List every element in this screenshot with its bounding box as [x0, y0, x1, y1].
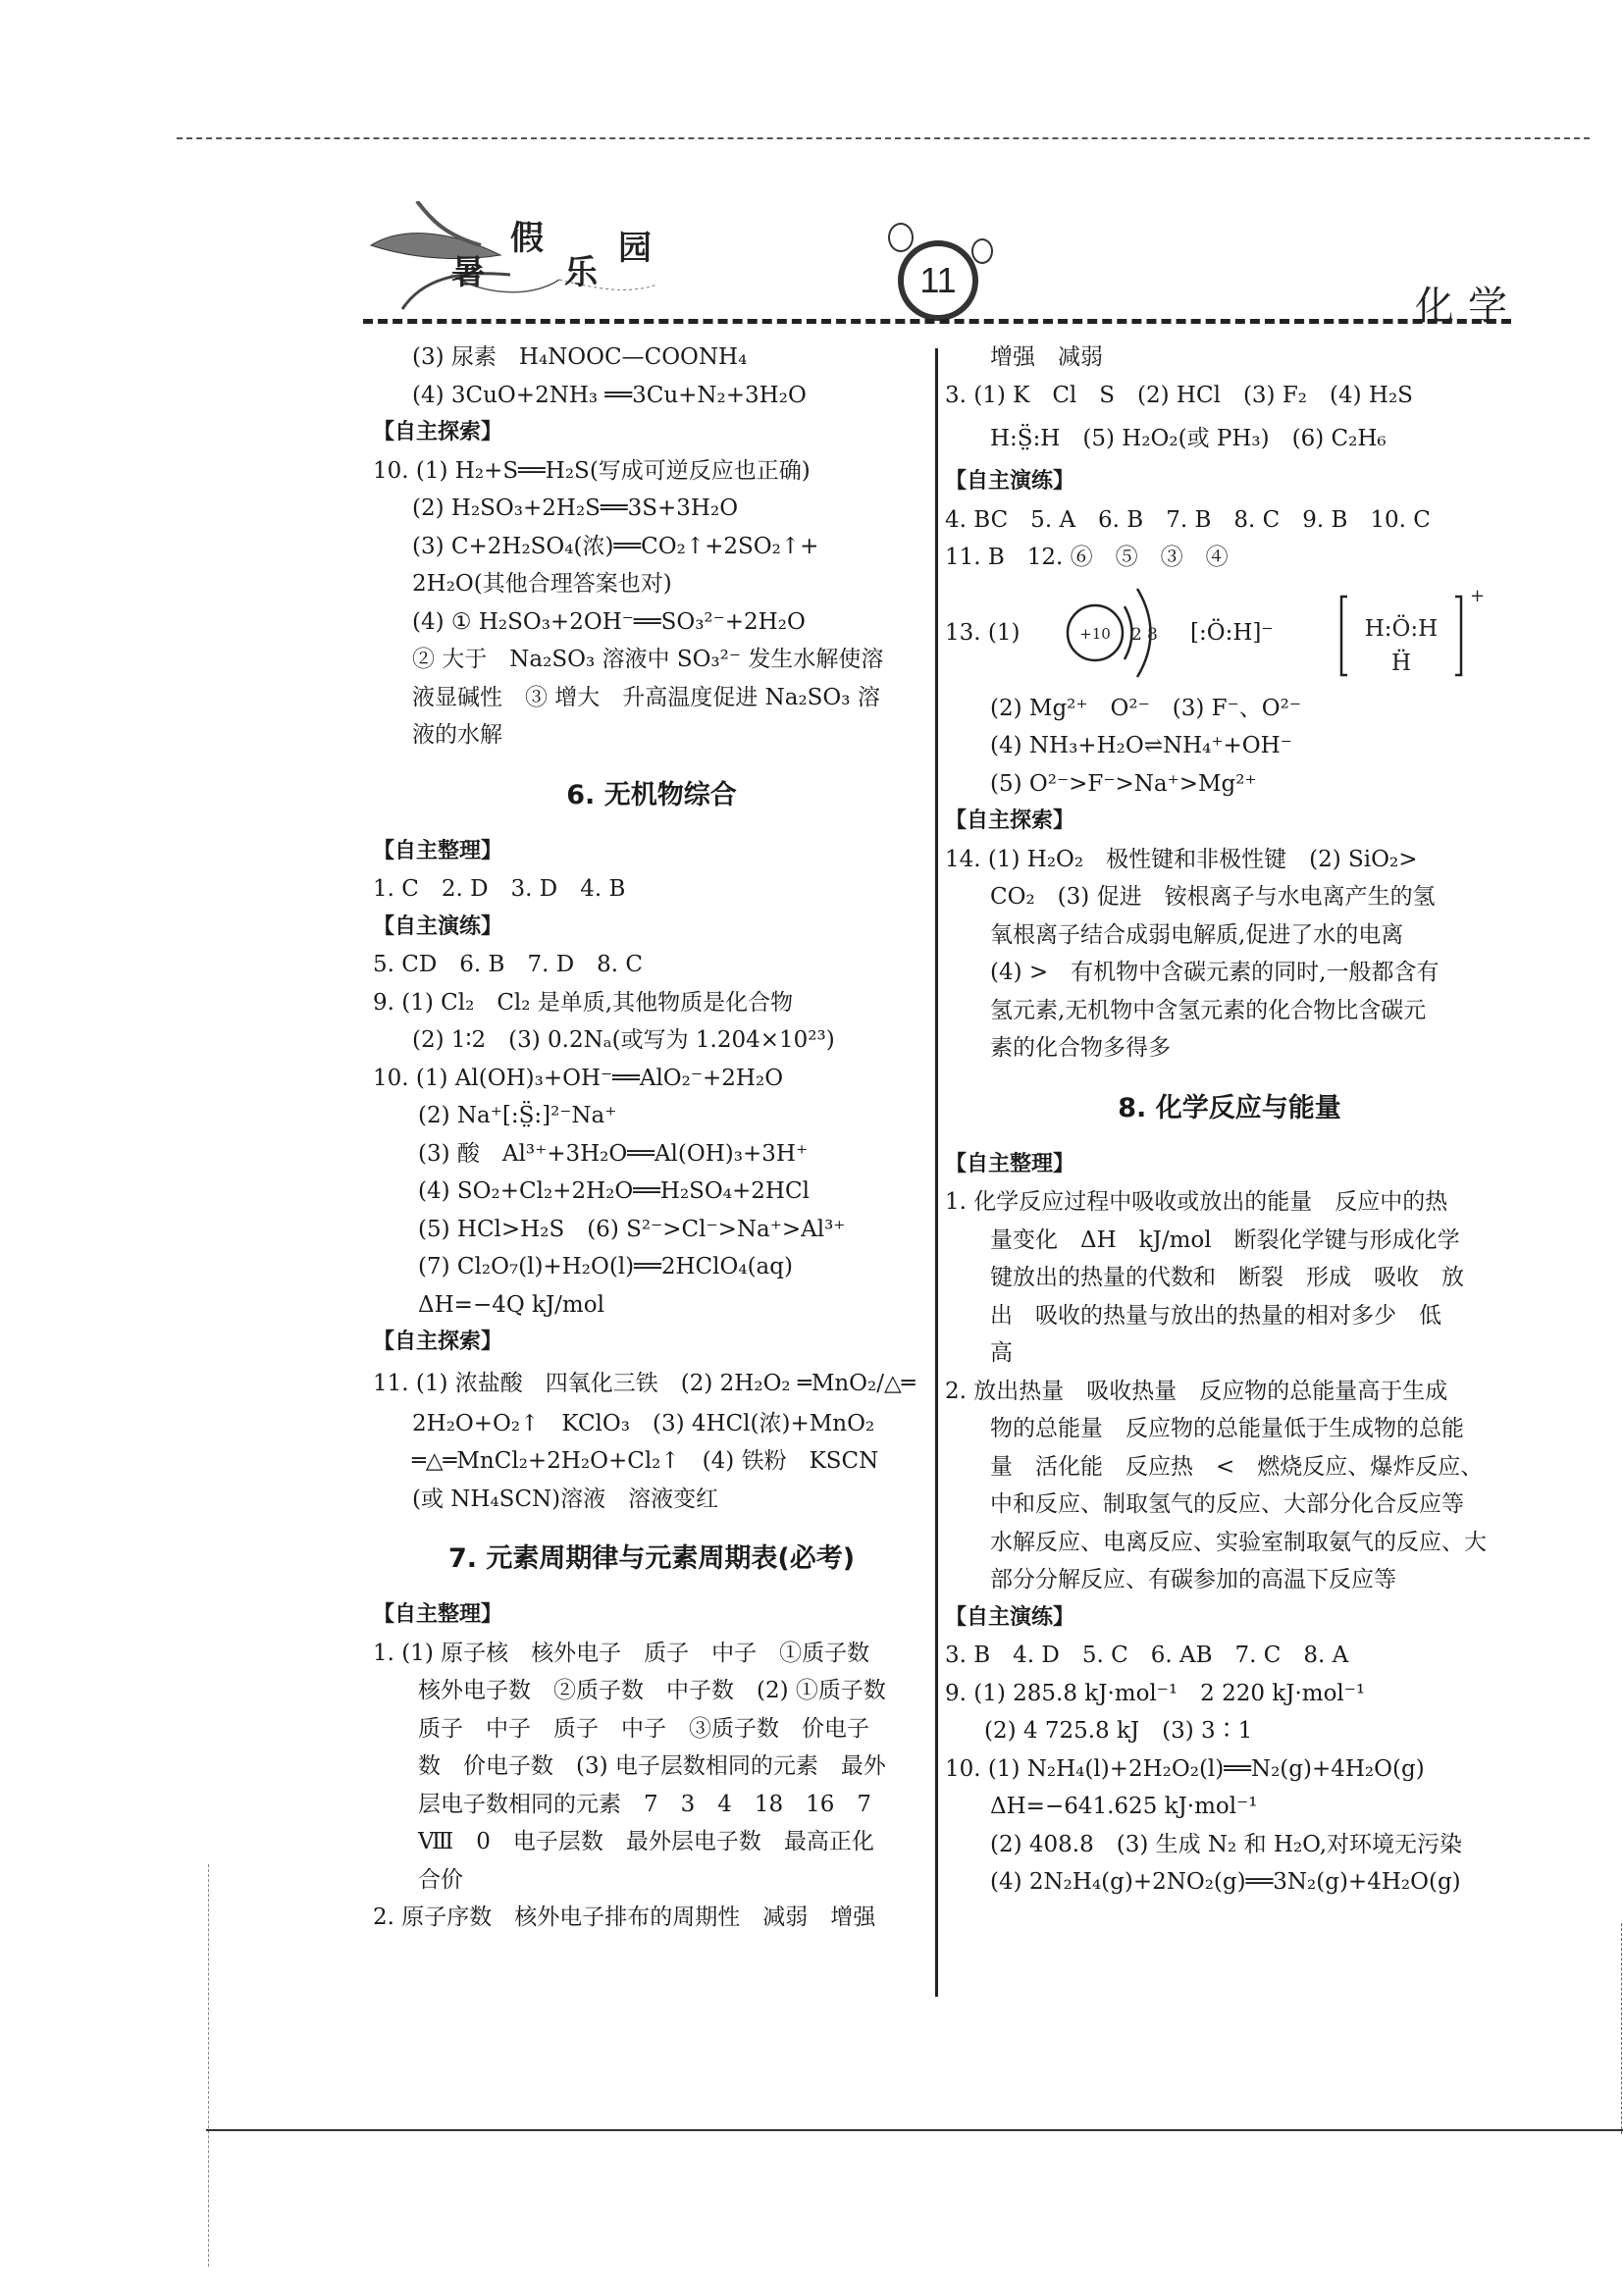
- answer-line: 氧根离子结合成弱电解质,促进了水的电离: [945, 916, 1514, 955]
- tag-practice: 【自主演练】: [945, 463, 1514, 501]
- neon-atom-structure-icon: +10 2 8: [1061, 577, 1178, 690]
- answer-line: ΔH=−4Q kJ/mol: [373, 1286, 930, 1325]
- answer-line: 2. 放出热量 吸收热量 反应物的总能量高于生成: [945, 1373, 1514, 1411]
- answer-line: 键放出的热量的代数和 断裂 形成 吸收 放: [945, 1259, 1514, 1297]
- answer-line: 11. (1) 浓盐酸 四氧化三铁 (2) 2H₂O₂ ═MnO₂/△═: [373, 1362, 930, 1405]
- answer-line: 层电子数相同的元素 7 3 4 18 16 7: [373, 1786, 930, 1824]
- answer-line: (2) 4 725.8 kJ (3) 3∶1: [945, 1712, 1514, 1750]
- tag-explore: 【自主探索】: [373, 1324, 930, 1362]
- answer-line: (2) Na⁺[:S̤̈:]²⁻Na⁺: [373, 1097, 930, 1135]
- answer-line: 数 价电子数 (3) 电子层数相同的元素 最外: [373, 1748, 930, 1786]
- answer-line: (4) ① H₂SO₃+2OH⁻══SO₃²⁻+2H₂O: [373, 603, 930, 642]
- answer-line: 9. (1) Cl₂ Cl₂ 是单质,其他物质是化合物: [373, 984, 930, 1022]
- svg-text:2: 2: [1131, 625, 1142, 645]
- answer-line: 合价: [373, 1861, 930, 1900]
- answer-line: Ⅷ 0 电子层数 最外层电子数 最高正化: [373, 1823, 930, 1861]
- logo-char-3: 乐: [564, 245, 598, 293]
- answer-line: 10. (1) H₂+S══H₂S(写成可逆反应也正确): [373, 452, 930, 491]
- answer-line: (2) 1∶2 (3) 0.2Nₐ(或写为 1.204×10²³): [373, 1021, 930, 1060]
- answer-line: (4) 3CuO+2NH₃ ══3Cu+N₂+3H₂O: [373, 377, 930, 415]
- tag-organize: 【自主整理】: [945, 1146, 1514, 1184]
- answer-line: 增强 减弱: [945, 339, 1514, 377]
- answer-line: 2H₂O+O₂↑ KClO₃ (3) 4HCl(浓)+MnO₂: [373, 1405, 930, 1443]
- answer-line: (4) > 有机物中含碳元素的同时,一般都含有: [945, 954, 1514, 992]
- answer-line: (5) O²⁻>F⁻>Na⁺>Mg²⁺: [945, 765, 1514, 804]
- page-bottom-rule: [206, 2129, 1623, 2131]
- answer-line: (2) H₂SO₃+2H₂S══3S+3H₂O: [373, 490, 930, 528]
- answer-line: (2) Mg²⁺ O²⁻ (3) F⁻、O²⁻: [945, 690, 1514, 728]
- svg-text:+10: +10: [1079, 625, 1111, 643]
- answer-line: 水解反应、电离反应、实验室制取氨气的反应、大: [945, 1524, 1514, 1562]
- header-dashed-rule: [363, 319, 1511, 324]
- answer-line: 14. (1) H₂O₂ 极性键和非极性键 (2) SiO₂>: [945, 841, 1514, 879]
- answer-line: 1. (1) 原子核 核外电子 质子 中子 ①质子数: [373, 1635, 930, 1673]
- answer-line: 量变化 ΔH kJ/mol 断裂化学键与形成化学: [945, 1222, 1514, 1260]
- section-title-7: 7. 元素周期律与元素周期表(必考): [373, 1539, 930, 1579]
- answer-line: 核外电子数 ②质子数 中子数 (2) ①质子数: [373, 1672, 930, 1710]
- tag-practice: 【自主演练】: [945, 1599, 1514, 1638]
- answer-line: 液显碱性 ③ 增大 升高温度促进 Na₂SO₃ 溶: [373, 679, 930, 717]
- tag-organize: 【自主整理】: [373, 1596, 930, 1635]
- svg-text:Ḧ: Ḧ: [1391, 650, 1411, 676]
- logo-char-2: 假: [510, 211, 544, 259]
- left-column: (3) 尿素 H₄NOOC—COONH₄ (4) 3CuO+2NH₃ ══3Cu…: [373, 339, 930, 1937]
- answer-line: (3) C+2H₂SO₄(浓)══CO₂↑+2SO₂↑+: [373, 528, 930, 566]
- logo-char-1: 暑: [451, 245, 485, 293]
- question-label: 13. (1): [945, 614, 1020, 652]
- answer-line: 11. B 12. ⑥ ⑤ ③ ④: [945, 539, 1514, 577]
- answer-line: ② 大于 Na₂SO₃ 溶液中 SO₃²⁻ 发生水解使溶: [373, 641, 930, 679]
- answer-line: (3) 酸 Al³⁺+3H₂O══Al(OH)₃+3H⁺: [373, 1135, 930, 1174]
- answer-line: 高: [945, 1334, 1514, 1373]
- answer-line: 4. BC 5. A 6. B 7. B 8. C 9. B 10. C: [945, 501, 1514, 540]
- answer-line: 量 活化能 反应热 < 燃烧反应、爆炸反应、: [945, 1448, 1514, 1487]
- answer-line: (或 NH₄SCN)溶液 溶液变红: [373, 1481, 930, 1519]
- answer-line: 物的总能量 反应物的总能量低于生成物的总能: [945, 1410, 1514, 1448]
- answer-line: 1. C 2. D 3. D 4. B: [373, 870, 930, 909]
- hydronium-lewis-icon: H:Ö:H Ḧ +: [1337, 577, 1485, 690]
- answer-line: 中和反应、制取氢气的反应、大部分化合反应等: [945, 1486, 1514, 1524]
- tag-practice: 【自主演练】: [373, 909, 930, 947]
- q13-diagram-row: 13. (1) +10 2 8 [:Ö:H]⁻ H:Ö:H Ḧ +: [945, 577, 1514, 690]
- answer-line: 9. (1) 285.8 kJ·mol⁻¹ 2 220 kJ·mol⁻¹: [945, 1675, 1514, 1713]
- answer-line: 氢元素,无机物中含氢元素的化合物比含碳元: [945, 992, 1514, 1030]
- answer-line: (7) Cl₂O₇(l)+H₂O(l)══2HClO₄(aq): [373, 1248, 930, 1286]
- svg-text:+: +: [1470, 586, 1485, 606]
- answer-line: (5) HCl>H₂S (6) S²⁻>Cl⁻>Na⁺>Al³⁺: [373, 1211, 930, 1249]
- summer-vacation-logo: 暑 假 乐 园: [363, 201, 687, 319]
- scan-left-border: [208, 1864, 209, 2267]
- column-divider: [935, 348, 938, 1997]
- answer-line: 3. (1) K Cl S (2) HCl (3) F₂ (4) H₂S: [945, 377, 1514, 415]
- page-number-badge: 11: [898, 240, 978, 321]
- answer-line: 质子 中子 质子 中子 ③质子数 价电子: [373, 1710, 930, 1748]
- answer-line: 素的化合物多得多: [945, 1029, 1514, 1068]
- answer-line: 10. (1) Al(OH)₃+OH⁻══AlO₂⁻+2H₂O: [373, 1060, 930, 1098]
- answer-line: 出 吸收的热量与放出的热量的相对多少 低: [945, 1297, 1514, 1335]
- answer-line: ΔH=−641.625 kJ·mol⁻¹: [945, 1788, 1514, 1826]
- answer-line: 液的水解: [373, 716, 930, 755]
- hydroxide-lewis: [:Ö:H]⁻: [1190, 614, 1274, 652]
- answer-line: (4) 2N₂H₄(g)+2NO₂(g)══3N₂(g)+4H₂O(g): [945, 1863, 1514, 1902]
- section-title-8: 8. 化学反应与能量: [945, 1089, 1514, 1128]
- page-right-edge: [1621, 1923, 1622, 2134]
- answer-line: (2) 408.8 (3) 生成 N₂ 和 H₂O,对环境无污染: [945, 1826, 1514, 1864]
- tag-explore: 【自主探索】: [945, 803, 1514, 841]
- answer-line: CO₂ (3) 促进 铵根离子与水电离产生的氢: [945, 878, 1514, 916]
- bubble-icon: [971, 238, 993, 264]
- answer-line: 10. (1) N₂H₄(l)+2H₂O₂(l)══N₂(g)+4H₂O(g): [945, 1750, 1514, 1789]
- answer-line: (4) NH₃+H₂O⇌NH₄⁺+OH⁻: [945, 727, 1514, 765]
- answer-line: 5. CD 6. B 7. D 8. C: [373, 946, 930, 984]
- svg-text:H:Ö:H: H:Ö:H: [1365, 615, 1438, 642]
- answer-line: 部分分解反应、有碳参加的高温下反应等: [945, 1561, 1514, 1599]
- answer-line: 3. B 4. D 5. C 6. AB 7. C 8. A: [945, 1637, 1514, 1675]
- answer-line: 2. 原子序数 核外电子排布的周期性 减弱 增强: [373, 1899, 930, 1937]
- answer-line: ═△═MnCl₂+2H₂O+Cl₂↑ (4) 铁粉 KSCN: [373, 1442, 930, 1481]
- bubble-icon: [888, 223, 914, 252]
- tag-explore: 【自主探索】: [373, 414, 930, 452]
- scan-edge-line: [177, 137, 1590, 139]
- right-column: 增强 减弱 3. (1) K Cl S (2) HCl (3) F₂ (4) H…: [945, 339, 1514, 1902]
- tag-organize: 【自主整理】: [373, 833, 930, 871]
- logo-char-4: 园: [618, 221, 652, 269]
- svg-text:8: 8: [1147, 625, 1158, 645]
- answer-line: (4) SO₂+Cl₂+2H₂O══H₂SO₄+2HCl: [373, 1173, 930, 1211]
- answer-line: 1. 化学反应过程中吸收或放出的能量 反应中的热: [945, 1183, 1514, 1222]
- answer-line: 2H₂O(其他合理答案也对): [373, 565, 930, 603]
- answer-line: H:S̤̈:H (5) H₂O₂(或 PH₃) (6) C₂H₆: [945, 414, 1514, 463]
- page-header: 暑 假 乐 园 11 化学: [363, 201, 1521, 319]
- section-title-6: 6. 无机物综合: [373, 776, 930, 815]
- answer-line: (3) 尿素 H₄NOOC—COONH₄: [373, 339, 930, 377]
